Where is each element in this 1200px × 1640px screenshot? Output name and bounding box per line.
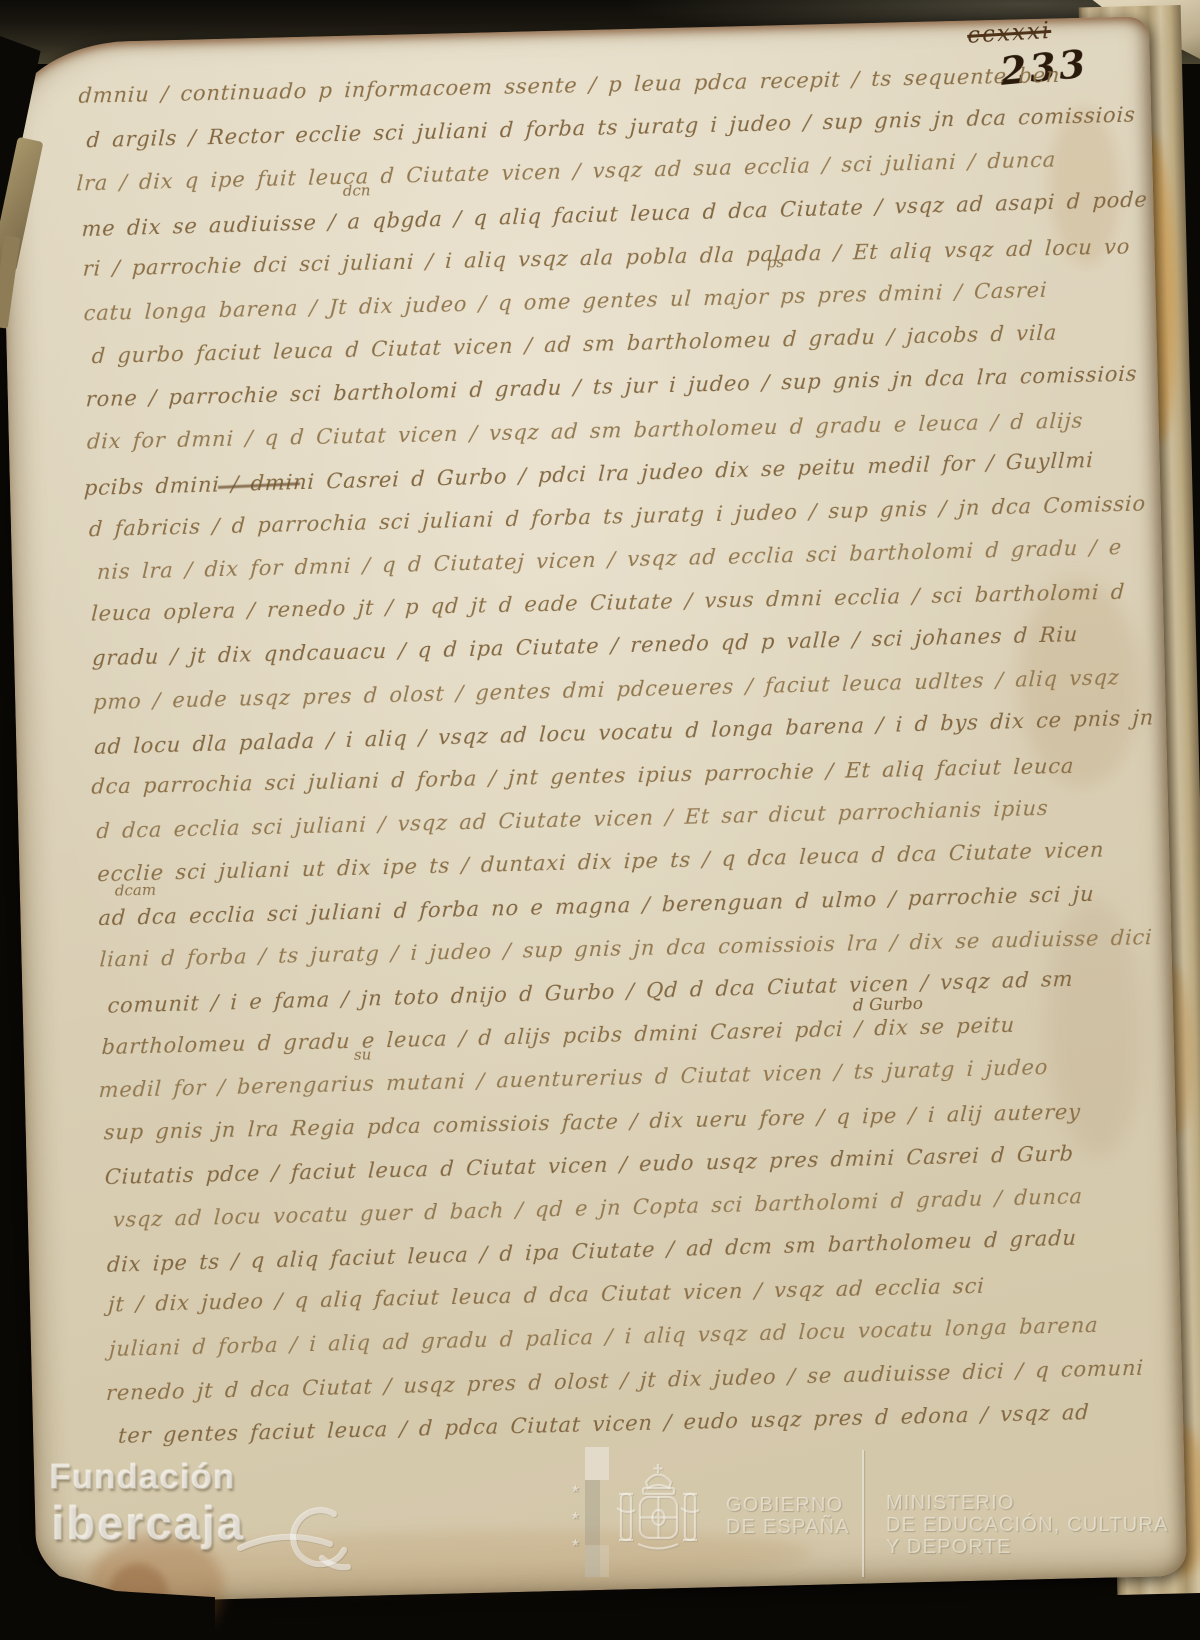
ibercaja-watermark-line1: Fundación — [50, 1458, 236, 1498]
gobierno-watermark-line2: DE ESPAÑA — [726, 1516, 850, 1539]
interline-annotation: dcn — [343, 181, 371, 200]
archive-photo: ccxxxi 233 dmniu / continuado p informac… — [0, 0, 1200, 1640]
manuscript-text: dmniu / continuado p informacoem ssente … — [78, 52, 1117, 1476]
star-icon — [571, 1511, 580, 1522]
ministerio-watermark-line1: MINISTERIO — [886, 1492, 1015, 1515]
interline-annotation: d Gurbo — [853, 994, 924, 1016]
ministerio-watermark-line3: Y DEPORTE — [886, 1536, 1012, 1559]
ministerio-watermark-line2: DE EDUCACIÓN, CULTURA — [886, 1514, 1169, 1537]
manuscript-page: ccxxxi 233 dmniu / continuado p informac… — [0, 16, 1187, 1604]
gobierno-watermark-line1: GOBIERNO — [726, 1494, 843, 1517]
coat-of-arms-icon — [606, 1460, 710, 1573]
watermark-divider — [862, 1450, 864, 1577]
star-icon — [571, 1538, 580, 1549]
star-icon — [571, 1484, 580, 1495]
interline-annotation: dcam — [115, 881, 157, 900]
interline-annotation: su — [354, 1045, 372, 1063]
ibercaja-watermark-line2: ibercaja — [52, 1496, 246, 1551]
interline-annotation: ps — [766, 253, 784, 271]
ibercaja-swan-icon — [236, 1490, 354, 1581]
